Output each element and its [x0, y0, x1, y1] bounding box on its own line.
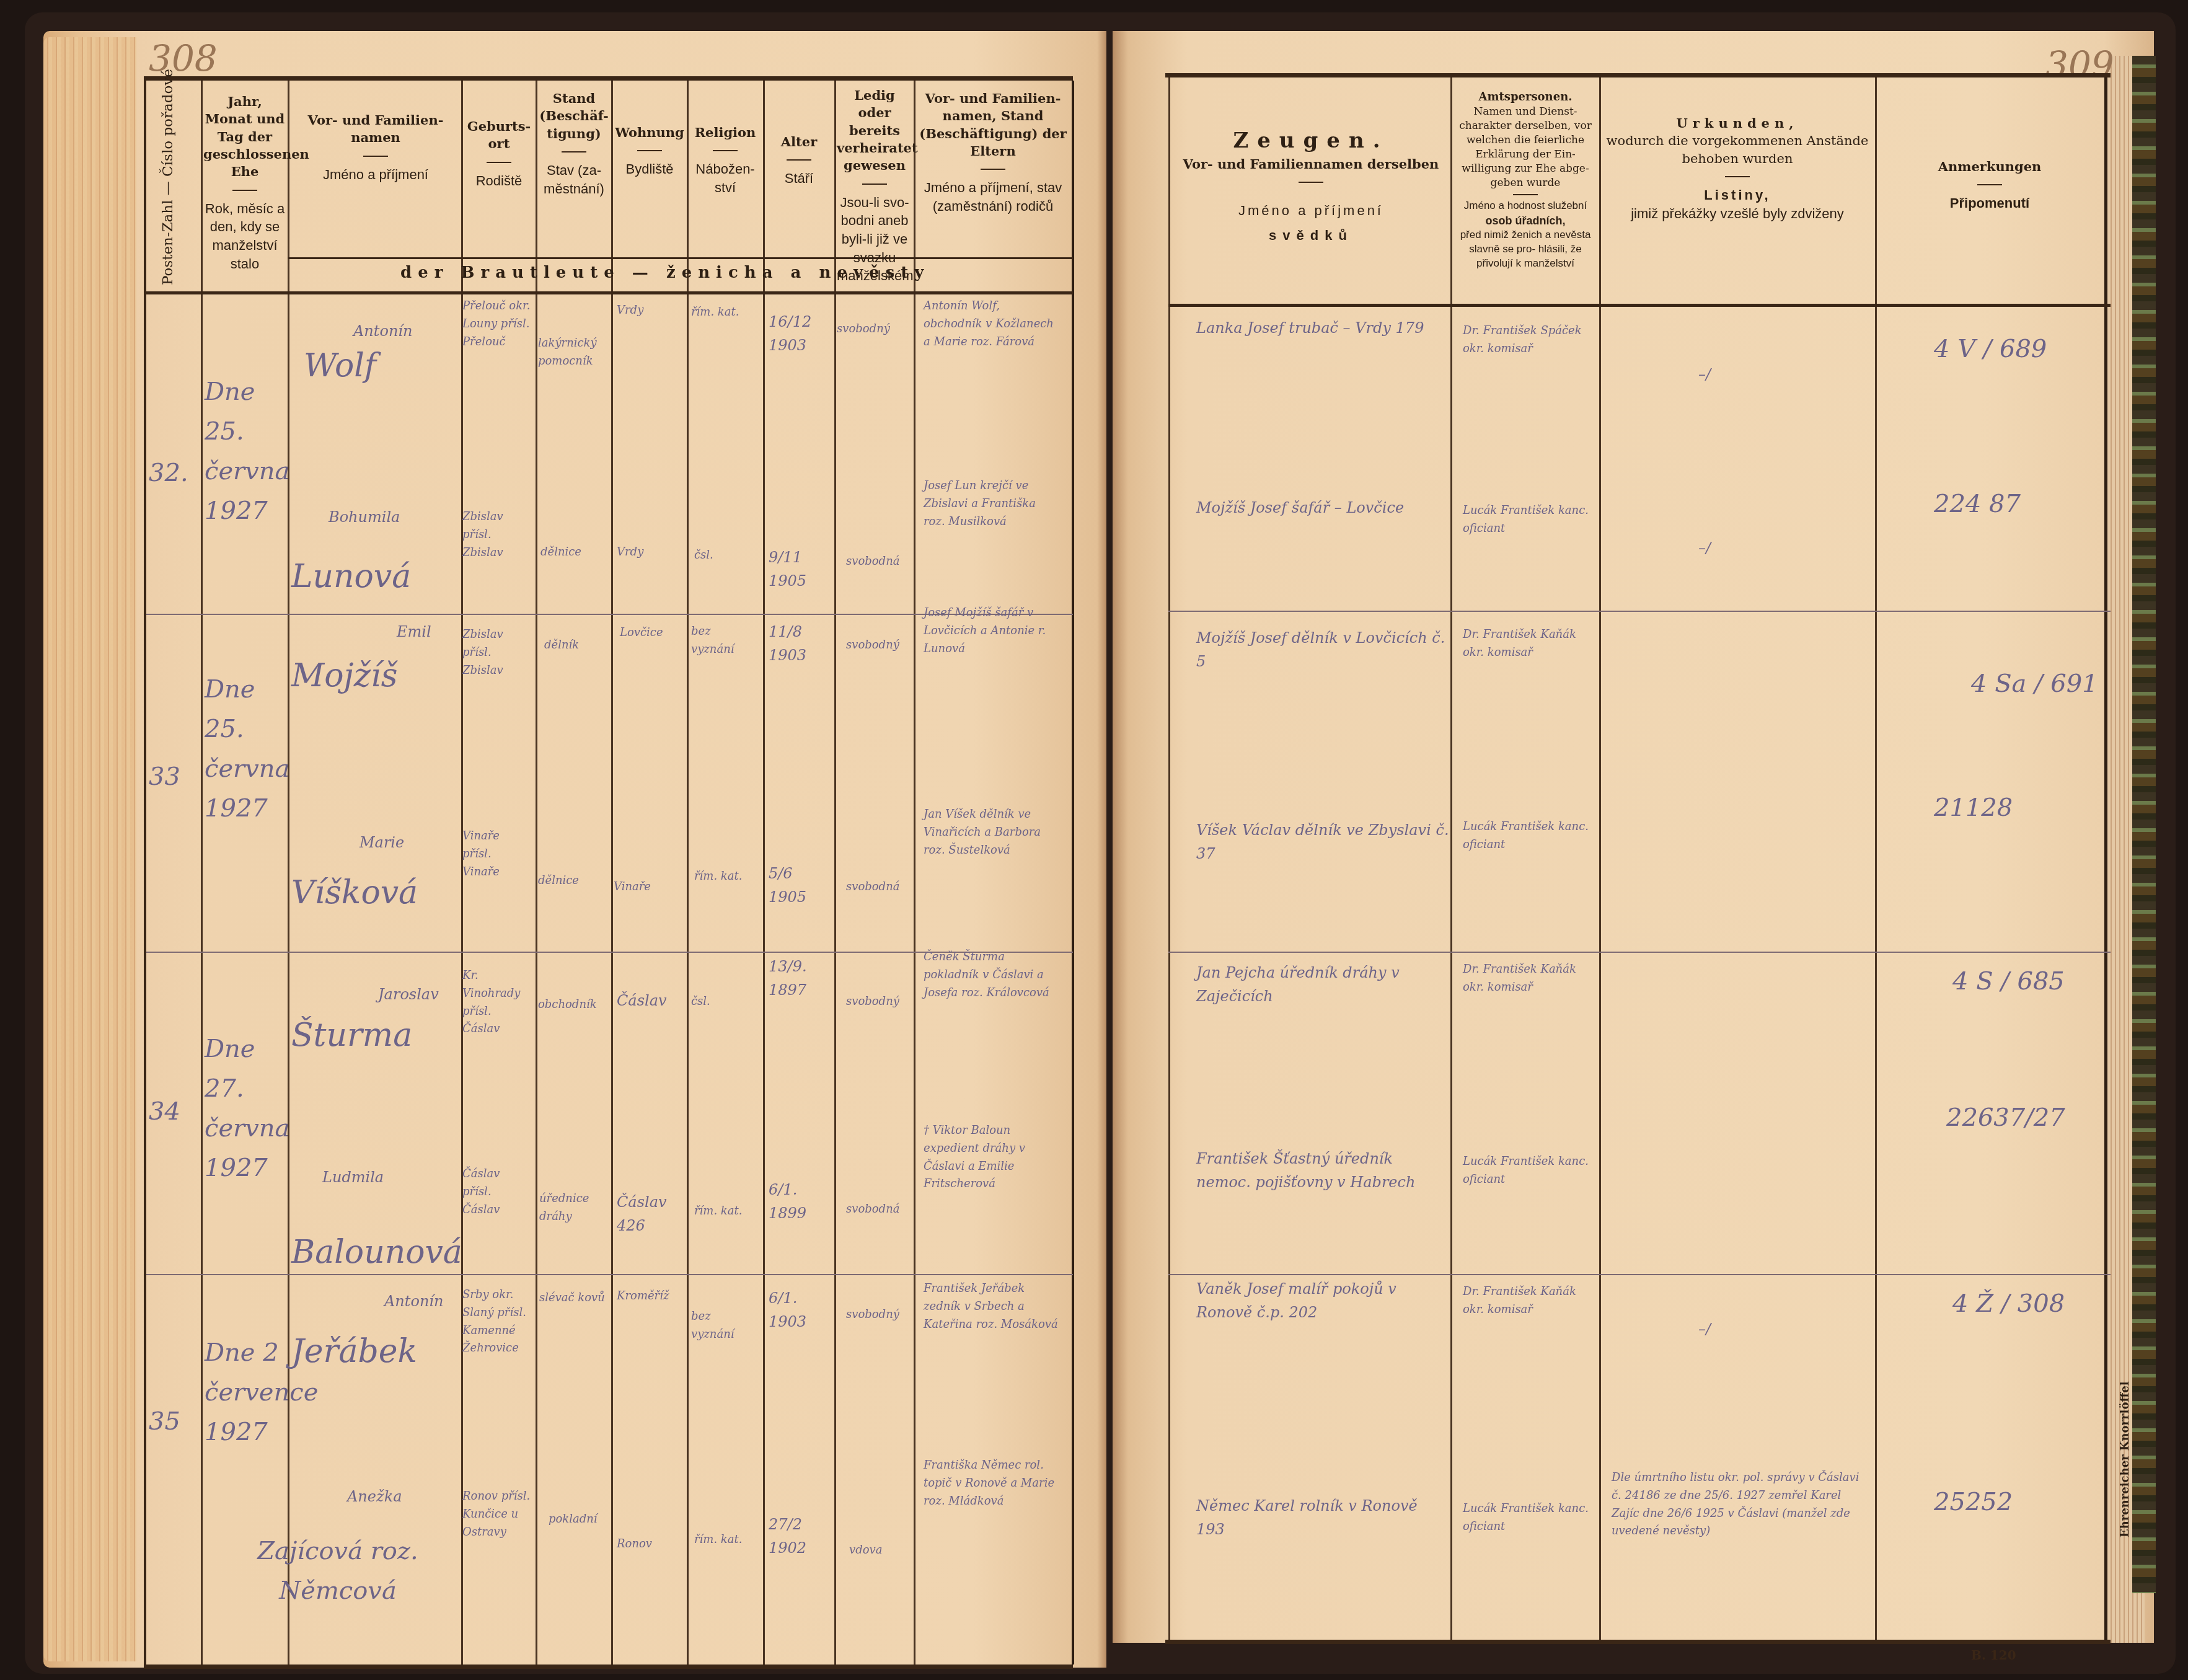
- printer-imprint: Ehrenreicher Knorrlöffel: [2119, 1382, 2132, 1537]
- entry-number: 33: [149, 763, 180, 791]
- bride-status: svobodná: [846, 880, 899, 893]
- bride-birth-date: 5/6 1905: [769, 862, 831, 909]
- groom-first-name: Antonín: [384, 1293, 443, 1310]
- groom-first-name: Antonín: [353, 322, 412, 340]
- note-2: 224 87: [1934, 490, 2021, 518]
- bride-birth-date: 9/11 1905: [769, 546, 831, 593]
- note-2: 21128: [1934, 794, 2013, 822]
- groom-last-name: Jeřábek: [291, 1333, 417, 1370]
- bride-birthplace: Vinaře přísl. Vinaře: [462, 828, 531, 881]
- groom-occupation: dělník: [544, 639, 579, 652]
- marbled-edge: [2132, 56, 2156, 1593]
- groom-religion: řím. kat.: [691, 304, 753, 322]
- groom-birthplace: Kr. Vinohrady přísl. Čáslav: [462, 967, 531, 1038]
- entry-number: 35: [149, 1407, 180, 1436]
- document-1: –/: [1698, 366, 1711, 383]
- bride-religion: čsl.: [694, 549, 713, 562]
- official-2: Lucák František kanc. oficiant: [1463, 502, 1599, 538]
- witness-2: Víšek Václav dělník ve Zbyslavi č. 37: [1196, 818, 1450, 866]
- left-page-edges: [43, 37, 136, 1661]
- bride-religion: řím. kat.: [694, 1203, 756, 1221]
- bride-residence: Vinaře: [614, 880, 651, 893]
- bride-birth-date: 6/1. 1899: [769, 1178, 831, 1226]
- official-2: Lucák František kanc. oficiant: [1463, 1500, 1599, 1536]
- bride-parents: Josef Lun krejčí ve Zbislavi a Františka…: [924, 477, 1060, 531]
- bride-parents: Jan Víšek dělník ve Vinařicích a Barbora…: [924, 806, 1060, 859]
- bride-first-name: Marie: [360, 834, 404, 851]
- groom-birth-date: 13/9. 1897: [769, 955, 831, 1002]
- bride-first-name: Ludmila: [322, 1169, 384, 1186]
- bride-last-name: Lunová: [291, 558, 411, 595]
- witness-1: Lanka Josef trubač – Vrdy 179: [1196, 316, 1450, 340]
- witness-2: František Šťastný úředník nemoc. pojišťo…: [1196, 1147, 1450, 1195]
- header-parents: Vor- und Familien- namen, Stand (Beschäf…: [916, 90, 1070, 216]
- groom-last-name: Mojžíš: [291, 657, 397, 694]
- groom-birthplace: Zbislav přísl. Zbislav: [462, 626, 531, 679]
- groom-occupation: slévač kovů: [539, 1289, 607, 1307]
- document-2: Dle úmrtního listu okr. pol. správy v Čá…: [1612, 1469, 1866, 1541]
- header-officials: Amtspersonen. Namen und Dienst- charakte…: [1454, 90, 1597, 271]
- note-2: 25252: [1934, 1488, 2013, 1516]
- note-1: 4 S / 685: [1952, 967, 2065, 996]
- bride-parents: † Viktor Baloun expedient dráhy v Čáslav…: [924, 1122, 1060, 1193]
- groom-parents: Josef Mojžíš šafář v Lovčicích a Antonie…: [924, 604, 1060, 658]
- bride-occupation: dělnice: [538, 874, 579, 887]
- bride-occupation: dělnice: [540, 546, 581, 559]
- groom-residence: Vrdy: [617, 304, 643, 317]
- witness-1: Vaněk Josef malíř pokojů v Ronově č.p. 2…: [1196, 1277, 1450, 1325]
- groom-parents: Antonín Wolf, obchodník v Kožlanech a Ma…: [924, 298, 1060, 351]
- document-1: –/: [1698, 1320, 1711, 1338]
- header-date: Jahr, Monat und Tag der geschlossenen Eh…: [203, 93, 286, 273]
- groom-residence: Lovčice: [620, 626, 663, 639]
- groom-residence: Kroměříž: [617, 1289, 669, 1302]
- note-1: 4 Sa / 691: [1971, 670, 2098, 698]
- marriage-date: Dne 27. června 1927: [205, 1029, 285, 1188]
- bride-last-name: Zajícová roz. Němcová: [223, 1531, 452, 1611]
- bride-first-name: Bohumila: [329, 508, 400, 526]
- document-2: –/: [1698, 539, 1711, 557]
- bride-birthplace: Ronov přísl. Kunčice u Ostravy: [462, 1488, 531, 1541]
- note-1: 4 Ž / 308: [1952, 1289, 2065, 1318]
- official-1: Dr. František Kaňák okr. komisař: [1463, 626, 1599, 662]
- marriage-date: Dne 25. června 1927: [205, 372, 285, 531]
- header-group-brautleute: der Brautleute — ženicha a nevěsty: [400, 263, 930, 282]
- official-2: Lucák František kanc. oficiant: [1463, 818, 1599, 854]
- official-1: Dr. František Spáček okr. komisař: [1463, 322, 1599, 358]
- header-occupation: Stand (Beschäf- tigung)Stav (za- městnán…: [538, 90, 610, 198]
- witness-2: Mojžíš Josef šafář – Lovčice: [1196, 496, 1450, 519]
- header-religion: ReligionNábožen- ství: [689, 124, 761, 197]
- entry-number: 32.: [149, 459, 188, 487]
- header-witnesses: Zeugen. Vor- und Familiennamen derselben…: [1175, 127, 1447, 245]
- groom-last-name: Šturma: [291, 1017, 412, 1054]
- entry-number: 34: [149, 1097, 180, 1126]
- groom-status: svobodný: [846, 1308, 899, 1321]
- groom-status: svobodný: [846, 639, 899, 652]
- groom-occupation: lakýrnický pomocník: [538, 335, 609, 371]
- groom-first-name: Jaroslav: [378, 986, 439, 1003]
- groom-occupation: obchodník: [538, 998, 597, 1011]
- bride-occupation: úřednice dráhy: [539, 1190, 607, 1226]
- witness-2: Němec Karel rolník v Ronově 193: [1196, 1494, 1450, 1542]
- official-1: Dr. František Kaňák okr. komisař: [1463, 1283, 1599, 1319]
- witness-1: Mojžíš Josef dělník v Lovčicích č. 5: [1196, 626, 1450, 674]
- bride-residence: Čáslav 426: [617, 1190, 679, 1238]
- official-1: Dr. František Kaňák okr. komisař: [1463, 961, 1599, 997]
- header-age: AlterStáří: [765, 133, 832, 188]
- groom-birthplace: Přelouč okr. Louny přísl. Přelouč: [462, 298, 531, 351]
- bride-last-name: Víšková: [291, 874, 418, 911]
- groom-status: svobodný: [846, 995, 899, 1008]
- bride-status: svobodná: [846, 1203, 899, 1216]
- bride-parents: Františka Němec rol. topič v Ronově a Ma…: [924, 1457, 1060, 1510]
- bride-residence: Ronov: [617, 1537, 652, 1550]
- groom-birth-date: 16/12 1903: [769, 310, 831, 358]
- groom-religion: čsl.: [691, 995, 710, 1008]
- groom-parents: František Jeřábek zedník v Srbech a Kate…: [924, 1280, 1060, 1333]
- bride-birth-date: 27/2 1902: [769, 1513, 831, 1560]
- bride-religion: řím. kat.: [694, 1531, 756, 1549]
- bride-birthplace: Čáslav přísl. Čáslav: [462, 1165, 531, 1219]
- groom-residence: Čáslav: [617, 992, 667, 1009]
- header-birthplace: Geburts- ortRodiště: [464, 118, 534, 190]
- groom-religion: bez vyznání: [691, 1308, 753, 1344]
- groom-first-name: Emil: [397, 623, 431, 640]
- groom-birth-date: 6/1. 1903: [769, 1286, 831, 1334]
- note-1: 4 V / 689: [1934, 335, 2047, 363]
- footer-form-mark: B. 120: [1971, 1648, 2016, 1663]
- header-notes: Anmerkungen Připomenutí: [1878, 158, 2101, 213]
- header-posten-zahl: Posten-Zahl — Číslo pořadové: [160, 69, 176, 285]
- groom-status: svobodný: [837, 322, 890, 335]
- marriage-date: Dne 25. června 1927: [205, 670, 285, 828]
- groom-birth-date: 11/8 1903: [769, 620, 831, 668]
- groom-religion: bez vyznání: [691, 623, 753, 659]
- bride-birthplace: Zbislav přísl. Zbislav: [462, 508, 531, 562]
- left-page-number: 308: [149, 37, 218, 79]
- header-marital-status: Ledig oder bereits verheiratet gewesenJs…: [837, 87, 912, 285]
- bride-last-name: Balounová: [291, 1234, 462, 1271]
- bride-status: svobodná: [846, 555, 899, 568]
- groom-last-name: Wolf: [304, 347, 376, 384]
- note-2: 22637/27: [1946, 1103, 2065, 1132]
- official-2: Lucák František kanc. oficiant: [1463, 1153, 1599, 1189]
- header-names: Vor- und Familien- namenJméno a příjmení: [292, 112, 459, 183]
- groom-birthplace: Srby okr. Slaný přísl. Kamenné Žehrovice: [462, 1286, 531, 1358]
- bride-occupation: pokladní: [549, 1513, 598, 1526]
- marriage-date: Dne 2 července 1927: [205, 1333, 285, 1452]
- header-residence: WohnungBydliště: [614, 124, 686, 179]
- bride-residence: Vrdy: [617, 546, 643, 559]
- groom-parents: Čeněk Šturma pokladník v Čáslavi a Josef…: [924, 948, 1060, 1002]
- bride-first-name: Anežka: [347, 1488, 402, 1505]
- witness-1: Jan Pejcha úředník dráhy v Zaječicích: [1196, 961, 1450, 1009]
- bride-status: vdova: [849, 1544, 882, 1557]
- bride-religion: řím. kat.: [694, 868, 756, 886]
- header-documents: Urkunden, wodurch die vorgekommenen Anst…: [1602, 115, 1873, 223]
